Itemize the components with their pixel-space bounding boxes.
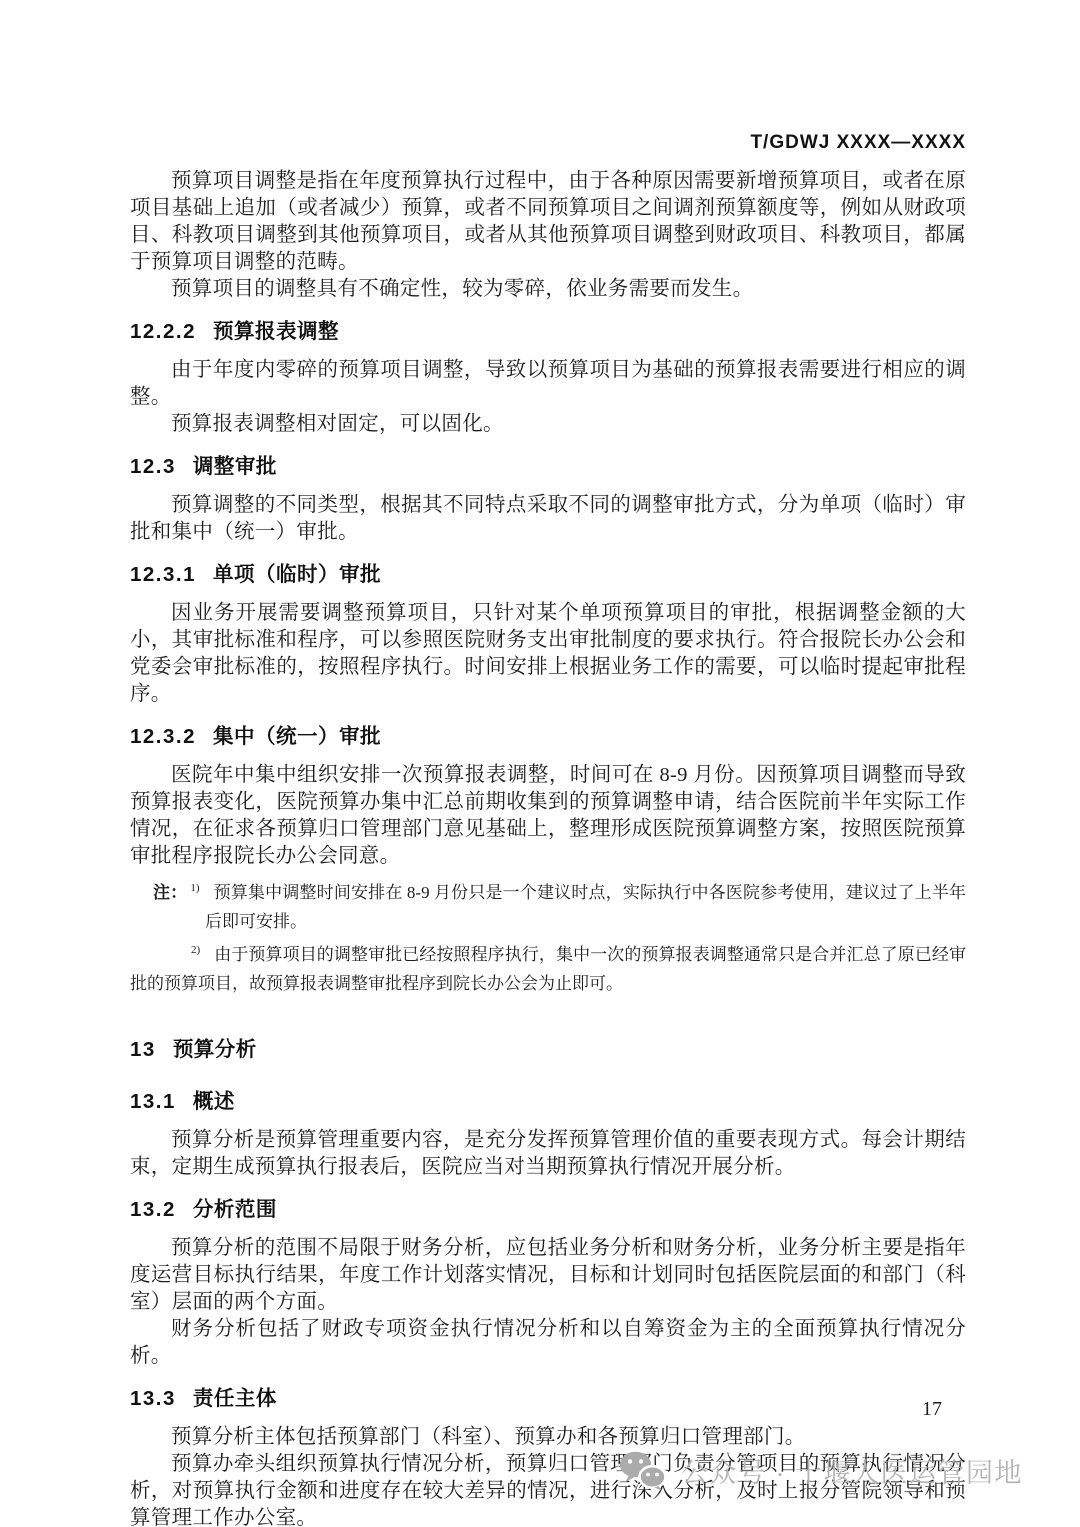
- paragraph: 预算报表调整相对固定，可以固化。: [130, 411, 966, 438]
- section-title: 概述: [193, 1090, 235, 1113]
- section-heading-13-2: 13.2分析范围: [130, 1196, 966, 1224]
- section-heading-12-2-2: 12.2.2预算报表调整: [130, 318, 966, 346]
- section-number: 12.3.2: [130, 725, 196, 748]
- standard-code-header: T/GDWJ XXXX—XXXX: [750, 132, 966, 154]
- wechat-icon: [618, 1450, 667, 1491]
- paragraph: 预算调整的不同类型，根据其不同特点采取不同的调整审批方式，分为单项（临时）审批和…: [130, 492, 966, 546]
- watermark-text: 公众号 · 十堰人医运管园地: [681, 1451, 1023, 1490]
- paragraph: 由于年度内零碎的预算项目调整，导致以预算项目为基础的预算报表需要进行相应的调整。: [130, 357, 966, 411]
- paragraph-intro-1: 预算项目调整是指在年度预算执行过程中，由于各种原因需要新增预算项目，或者在原项目…: [130, 168, 966, 276]
- section-heading-12-3-1: 12.3.1单项（临时）审批: [130, 561, 966, 589]
- note-marker-2: 2): [191, 944, 200, 956]
- page-number: 17: [922, 1398, 942, 1421]
- section-title: 集中（统一）审批: [213, 725, 381, 748]
- section-number: 13.2: [130, 1198, 176, 1221]
- paragraph: 预算分析是预算管理重要内容，是充分发挥预算管理价值的重要表现方式。每会计期结束，…: [130, 1127, 966, 1181]
- paragraph: 预算分析的范围不局限于财务分析，应包括业务分析和财务分析，业务分析主要是指年度运…: [130, 1235, 966, 1316]
- watermark: 公众号 · 十堰人医运管园地: [618, 1450, 1023, 1491]
- document-page: T/GDWJ XXXX—XXXX 预算项目调整是指在年度预算执行过程中，由于各种…: [0, 0, 1080, 1527]
- section-number: 13.1: [130, 1090, 176, 1113]
- section-heading-12-3: 12.3调整审批: [130, 453, 966, 481]
- paragraph: 财务分析包括了财政专项资金执行情况分析和以自筹资金为主的全面预算执行情况分析。: [130, 1316, 966, 1370]
- document-content: 预算项目调整是指在年度预算执行过程中，由于各种原因需要新增预算项目，或者在原项目…: [130, 168, 966, 1527]
- note-text-2: 由于预算项目的调整审批已经按照程序执行，集中一次的预算报表调整通常只是合并汇总了…: [130, 945, 966, 993]
- chapter-title: 预算分析: [173, 1038, 257, 1061]
- section-title: 预算报表调整: [213, 320, 339, 343]
- paragraph: 因业务开展需要调整预算项目，只针对某个单项预算项目的审批，根据调整金额的大小，其…: [130, 600, 966, 708]
- section-heading-13-1: 13.1概述: [130, 1088, 966, 1116]
- section-number: 12.3.1: [130, 563, 196, 586]
- section-number: 13.3: [130, 1387, 176, 1410]
- notes-block: 注：1)预算集中调整时间安排在 8-9 月份只是一个建议时点，实际执行中各医院参…: [130, 878, 966, 998]
- chapter-number: 13: [130, 1038, 156, 1061]
- section-heading-12-3-2: 12.3.2集中（统一）审批: [130, 723, 966, 751]
- chapter-heading-13: 13预算分析: [130, 1036, 966, 1064]
- paragraph-intro-2: 预算项目的调整具有不确定性，较为零碎，依业务需要而发生。: [130, 276, 966, 303]
- paragraph: 医院年中集中组织安排一次预算报表调整，时间可在 8-9 月份。因预算项目调整而导…: [130, 762, 966, 870]
- note-label: 注：: [153, 883, 187, 902]
- note-marker-1: 1): [190, 882, 199, 894]
- section-number: 12.2.2: [130, 320, 196, 343]
- section-title: 责任主体: [193, 1387, 277, 1410]
- section-heading-13-3: 13.3责任主体: [130, 1385, 966, 1413]
- note-text-1: 预算集中调整时间安排在 8-9 月份只是一个建议时点，实际执行中各医院参考使用，…: [205, 883, 966, 931]
- section-title: 调整审批: [193, 455, 277, 478]
- paragraph: 预算分析主体包括预算部门（科室）、预算办和各预算归口管理部门。: [130, 1424, 966, 1451]
- section-title: 单项（临时）审批: [213, 563, 381, 586]
- note-item-1: 注：1)预算集中调整时间安排在 8-9 月份只是一个建议时点，实际执行中各医院参…: [130, 878, 966, 936]
- note-item-2: 2)由于预算项目的调整审批已经按照程序执行，集中一次的预算报表调整通常只是合并汇…: [130, 940, 966, 998]
- section-title: 分析范围: [193, 1198, 277, 1221]
- section-number: 12.3: [130, 455, 176, 478]
